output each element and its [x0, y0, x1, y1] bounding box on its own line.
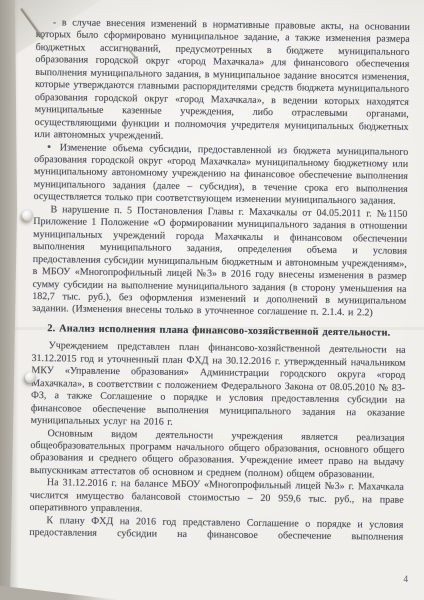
- binder-fastener-icon: [25, 372, 36, 383]
- bullet-icon: •: [47, 141, 51, 155]
- document-text: - в случае внесения изменений в норматив…: [29, 17, 410, 544]
- paragraph-norm-acts: - в случае внесения изменений в норматив…: [34, 17, 410, 146]
- page-number: 4: [404, 574, 409, 584]
- paragraph-subsidy-change: •Изменение объема субсидии, предоставлен…: [34, 142, 409, 209]
- paragraph-text: Изменение объема субсидии, предоставленн…: [34, 142, 409, 207]
- section-heading: 2. Анализ исполнения плана финансово-хоз…: [32, 323, 406, 340]
- paragraph-agreement: К плану ФХД на 2016 год представлено Сог…: [29, 515, 403, 545]
- paragraph-main-activity: Основным видом деятельности учреждения я…: [30, 427, 405, 482]
- scanned-document-page: { "colors": { "paper": "#f0efeb", "scann…: [0, 0, 424, 600]
- paragraph-balance: На 31.12.2016 г. на балансе МБОУ «Многоп…: [29, 477, 403, 519]
- binder-fastener-icon: [22, 210, 33, 221]
- paragraph-violation: В нарушение п. 5 Постановления Главы г. …: [32, 204, 407, 321]
- paragraph-fhd-plan: Учреждением представлен план финансово-х…: [31, 340, 406, 432]
